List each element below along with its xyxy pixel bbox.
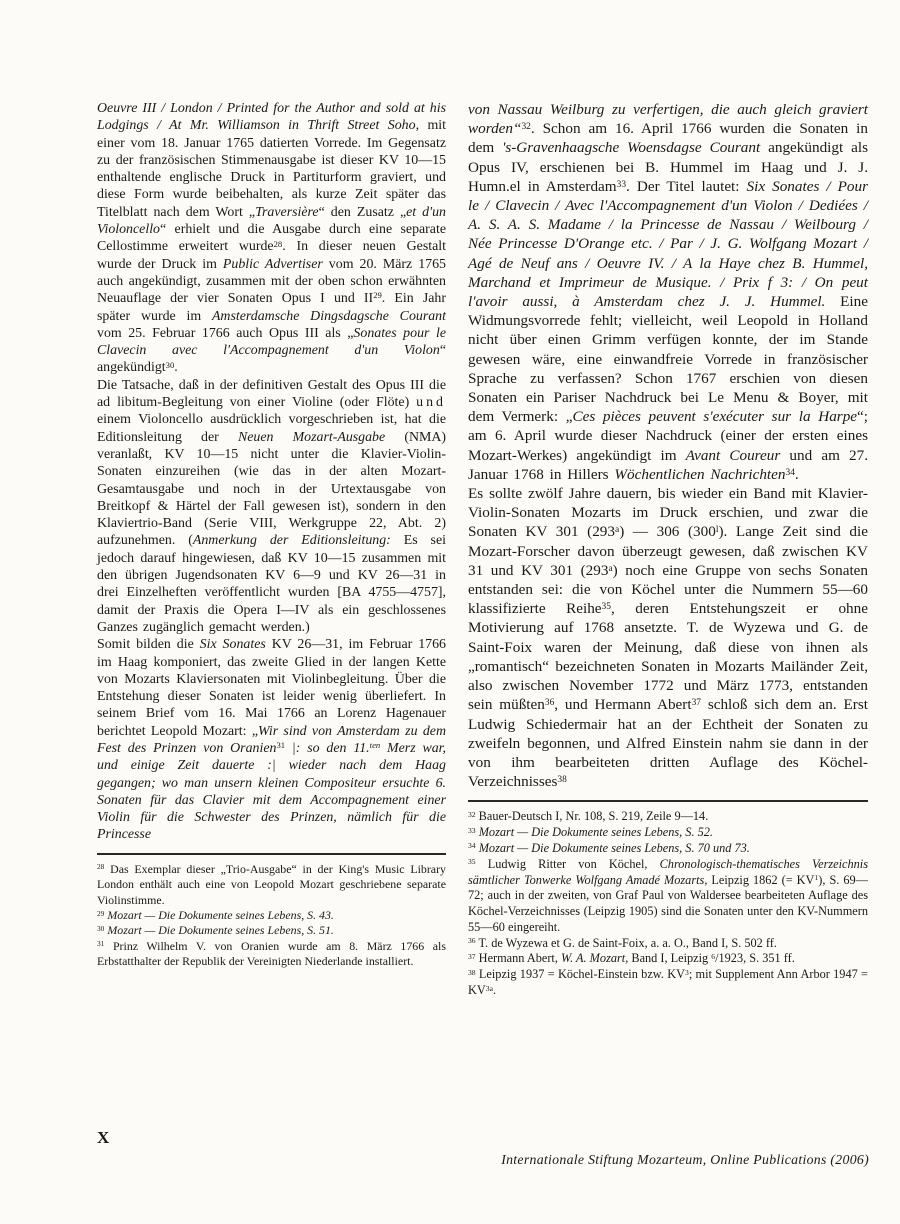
text-run: und: [416, 395, 446, 410]
footnote-marker: 3: [685, 968, 689, 977]
text-run: Ludwig Ritter von Köchel,: [476, 857, 660, 871]
right-footnotes-block: 32 Bauer-Deutsch I, Nr. 108, S. 219, Zei…: [468, 800, 868, 999]
paragraph: 29 Mozart — Die Dokumente seines Lebens,…: [97, 908, 446, 923]
text-run: /1923, S. 351 ff.: [715, 951, 795, 965]
footnote-marker: 36: [468, 936, 476, 945]
footnote-marker: 29: [373, 290, 382, 300]
footer-credit: Internationale Stiftung Mozarteum, Onlin…: [501, 1152, 869, 1168]
text-run: Bauer-Deutsch I, Nr. 108, S. 219, Zeile …: [476, 809, 709, 823]
text-run: |: so den 11.: [285, 741, 370, 756]
footnote-marker: 35: [468, 857, 476, 866]
text-run: Amsterdamsche Dingsdagsche Courant: [212, 309, 446, 324]
footnote-marker: 29: [97, 909, 104, 918]
text-run: . Der Titel lautet:: [626, 178, 747, 195]
footnote-marker: 37: [692, 698, 701, 708]
footnote-marker: 32: [521, 122, 530, 132]
text-run: Six Sonates / Pour le / Clavecin / Avec …: [468, 178, 868, 310]
text-run: Mozart — Die Dokumente seines Lebens, S.…: [107, 923, 334, 937]
text-run: , Leipzig 1862 (= KV: [704, 873, 814, 887]
text-run: Prinz Wilhelm V. von Oranien wurde am 8.…: [97, 939, 446, 968]
text-run: Avant Coureur: [686, 447, 781, 464]
text-run: W. A. Mozart: [561, 951, 625, 965]
footnote-marker: 3a: [486, 984, 493, 993]
paragraph: Oeuvre III / London / Printed for the Au…: [97, 100, 446, 377]
paragraph: 32 Bauer-Deutsch I, Nr. 108, S. 219, Zei…: [468, 809, 868, 825]
footnote-marker: 38: [557, 775, 566, 785]
text-run: Anmerkung der Editionsleitung:: [193, 533, 391, 548]
right-column: von Nassau Weilburg zu verfertigen, die …: [468, 100, 868, 999]
left-column-body-text: Oeuvre III / London / Printed for the Au…: [97, 100, 446, 844]
text-run: Eine Widmungsvorrede fehlt; vielleicht, …: [468, 293, 868, 425]
paragraph: 30 Mozart — Die Dokumente seines Lebens,…: [97, 923, 446, 938]
text-run: .: [493, 983, 496, 997]
text-run: vom 25. Februar 1766 auch Opus III als „: [97, 326, 353, 341]
footnote-marker: 28: [97, 862, 104, 871]
footnote-marker: 31: [276, 740, 285, 750]
footnote-marker: 35: [602, 602, 611, 612]
text-run: Oeuvre III / London / Printed for the Au…: [97, 101, 446, 133]
left-footnotes-block: 28 Das Exemplar dieser „Trio-Ausgabe“ in…: [97, 853, 446, 970]
right-column-body-text: von Nassau Weilburg zu verfertigen, die …: [468, 100, 868, 791]
text-run: (NMA) veranlaßt, KV 10—15 nicht unter di…: [97, 430, 446, 549]
paragraph: 37 Hermann Abert, W. A. Mozart, Band I, …: [468, 951, 868, 967]
footnote-marker: a: [615, 525, 619, 535]
document-page: Oeuvre III / London / Printed for the Au…: [0, 0, 900, 1224]
footnote-marker: 30: [166, 360, 175, 370]
text-run: .: [174, 360, 177, 375]
footnote-marker: a: [608, 564, 612, 574]
paragraph: 38 Leipzig 1937 = Köchel-Einstein bzw. K…: [468, 967, 868, 999]
text-run: 's-Gravenhaagsche Woensdagse Courant: [502, 139, 760, 156]
page-number: X: [97, 1128, 109, 1148]
footnote-marker: 30: [97, 924, 104, 933]
paragraph: 34 Mozart — Die Dokumente seines Lebens,…: [468, 841, 868, 857]
paragraph: Die Tatsache, daß in der definitiven Ges…: [97, 377, 446, 636]
text-run: Mozart — Die Dokumente seines Lebens, S.…: [479, 841, 750, 855]
text-run: Mozart — Die Dokumente seines Lebens, S.…: [107, 908, 334, 922]
footnote-marker: 1: [814, 873, 818, 882]
text-run: Leipzig 1937 = Köchel-Einstein bzw. KV: [476, 967, 685, 981]
text-run: Wöchentlichen Nachrichten: [614, 466, 785, 483]
text-run: Das Exemplar dieser „Trio-Ausgabe“ in de…: [97, 862, 446, 907]
footnote-marker: 31: [97, 939, 104, 948]
footnote-marker: 38: [468, 968, 476, 977]
paragraph: 33 Mozart — Die Dokumente seines Lebens,…: [468, 825, 868, 841]
footnote-marker: 34: [785, 468, 794, 478]
text-run: Traversière: [255, 205, 319, 220]
paragraph: 31 Prinz Wilhelm V. von Oranien wurde am…: [97, 939, 446, 970]
text-run: ) — 306 (300: [619, 523, 716, 540]
text-run: “ den Zusatz „: [319, 205, 407, 220]
footnote-marker: 32: [468, 810, 476, 819]
paragraph: von Nassau Weilburg zu verfertigen, die …: [468, 100, 868, 484]
footnote-marker: 37: [468, 952, 476, 961]
text-run: , und Hermann Abert: [554, 696, 691, 713]
text-run: Die Tatsache, daß in der definitiven Ges…: [97, 378, 446, 410]
text-run: Mozart — Die Dokumente seines Lebens, S.…: [479, 825, 713, 839]
text-run: Somit bilden die: [97, 637, 200, 652]
left-column: Oeuvre III / London / Printed for the Au…: [97, 100, 446, 970]
footnote-marker: ten: [370, 740, 381, 750]
text-run: T. de Wyzewa et G. de Saint-Foix, a. a. …: [476, 936, 777, 950]
text-run: Neuen Mozart-Ausgabe: [238, 430, 385, 445]
footnote-marker: 36: [545, 698, 554, 708]
text-run: Six Sonates: [200, 637, 266, 652]
paragraph: 35 Ludwig Ritter von Köchel, Chronologis…: [468, 857, 868, 936]
paragraph: Somit bilden die Six Sonates KV 26—31, i…: [97, 636, 446, 844]
footnote-marker: 33: [617, 180, 626, 190]
text-run: .: [795, 466, 799, 483]
text-run: Public Advertiser: [223, 257, 323, 272]
text-run: Ces pièces peuvent s'exécuter sur la Har…: [572, 408, 857, 425]
text-run: , Band I, Leipzig: [625, 951, 711, 965]
footnote-marker: 34: [468, 841, 476, 850]
text-run: Hermann Abert,: [476, 951, 561, 965]
paragraph: 28 Das Exemplar dieser „Trio-Ausgabe“ in…: [97, 862, 446, 908]
footnote-marker: 33: [468, 826, 476, 835]
text-run: Es sei jedoch darauf hingewiesen, daß KV…: [97, 533, 446, 634]
footnote-marker: 6: [711, 952, 715, 961]
text-run: Merz war, und einige Zeit dauerte :| wie…: [97, 741, 446, 842]
paragraph: 36 T. de Wyzewa et G. de Saint-Foix, a. …: [468, 936, 868, 952]
footnote-marker: 28: [274, 239, 283, 249]
paragraph: Es sollte zwölf Jahre dauern, bis wieder…: [468, 484, 868, 791]
